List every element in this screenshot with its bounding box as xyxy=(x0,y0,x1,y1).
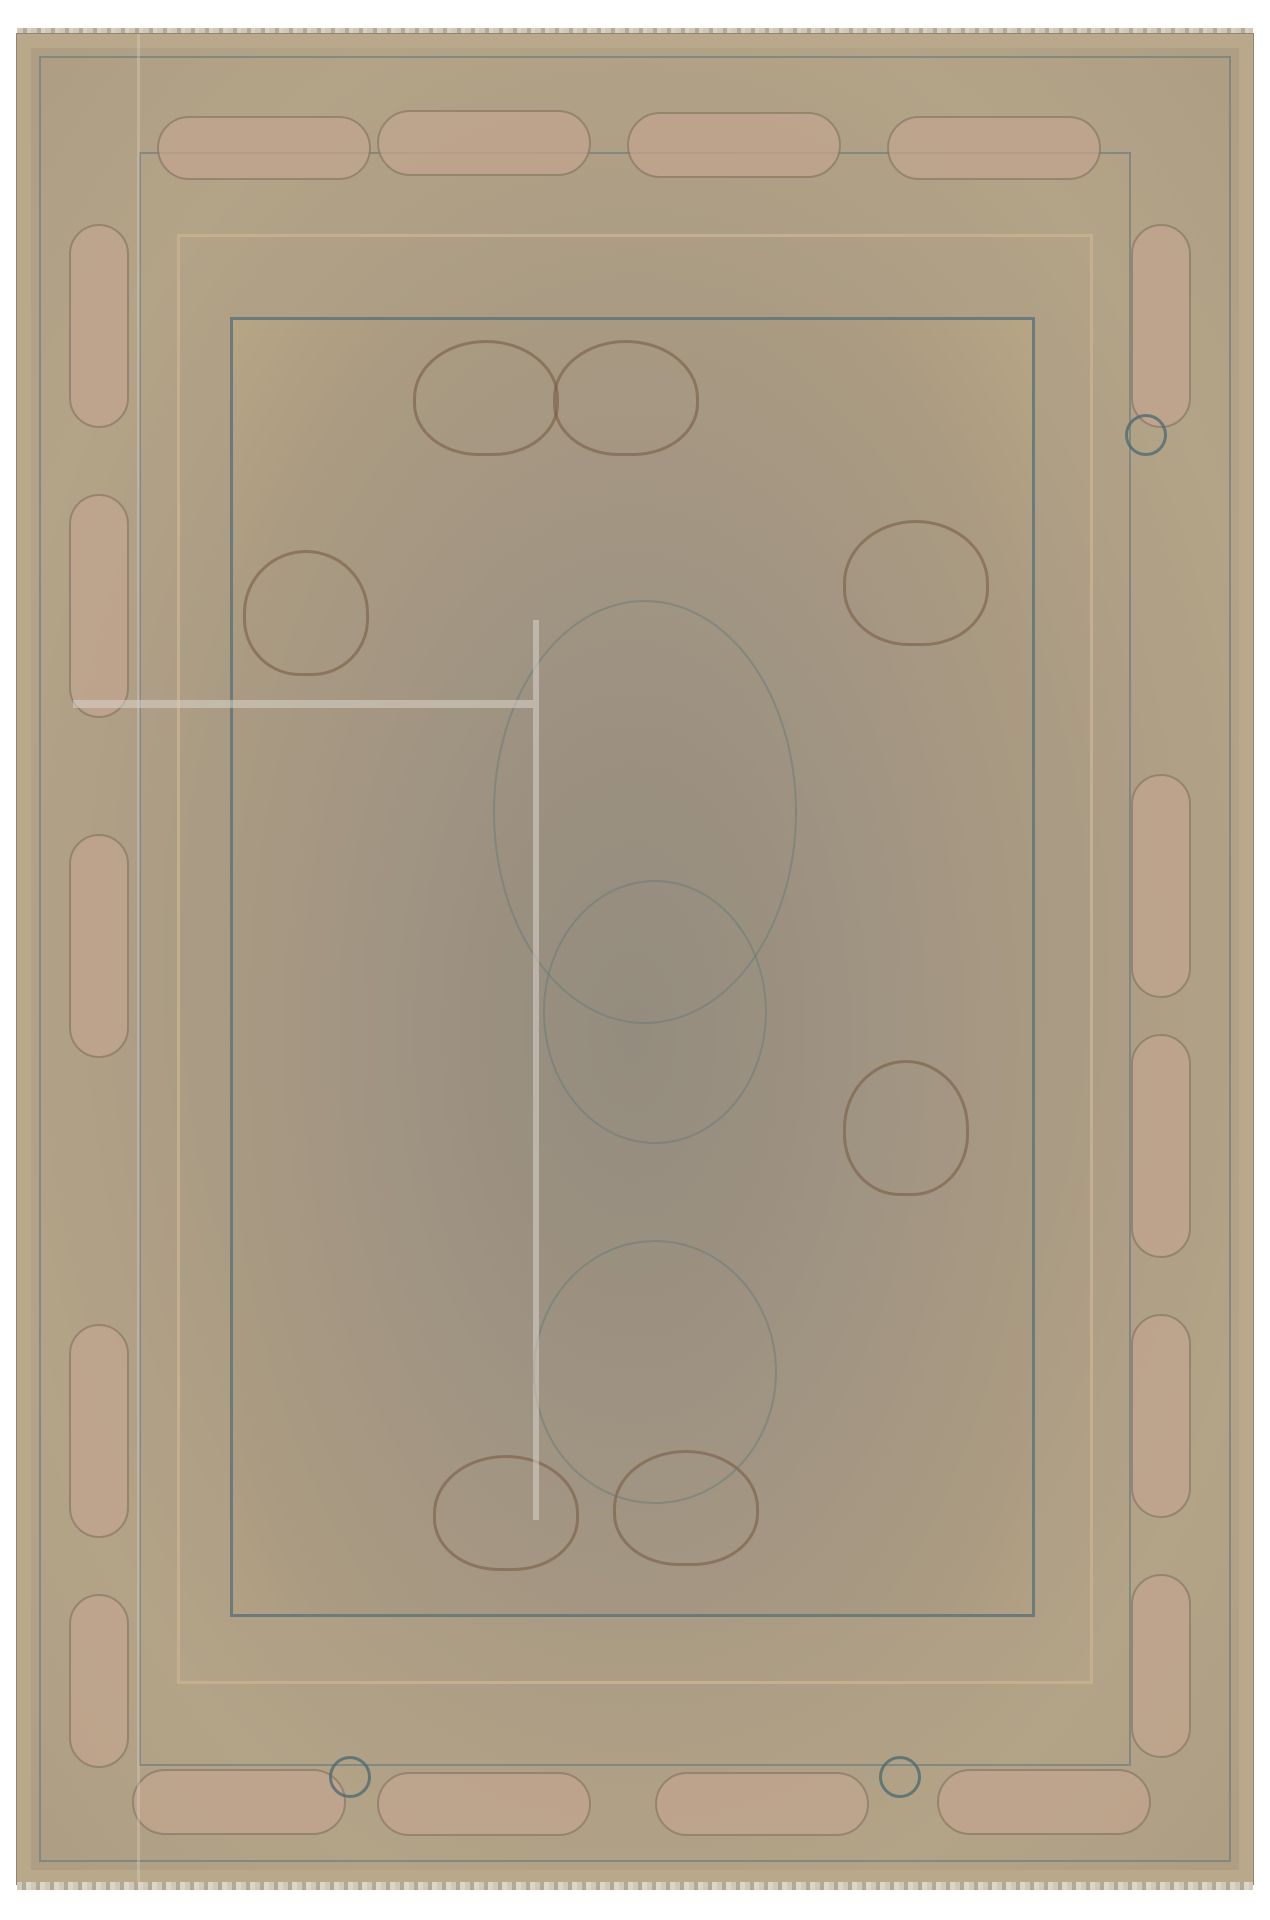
bottom-cartouche-3 xyxy=(655,1772,869,1836)
inner-medallion-outline xyxy=(543,880,767,1144)
right-cartouche-2 xyxy=(1131,774,1191,998)
top-cartouche-3 xyxy=(627,112,841,178)
right-cartouche-1 xyxy=(1131,224,1191,428)
left-cartouche-4 xyxy=(69,1324,129,1538)
border-rosette-1 xyxy=(329,1756,371,1798)
right-cartouche-3 xyxy=(1131,1034,1191,1258)
bottom-cartouche-1 xyxy=(132,1769,346,1835)
horizontal-fold-wear xyxy=(73,700,533,708)
left-cartouche-2 xyxy=(69,494,129,718)
right-cartouche-5 xyxy=(1131,1574,1191,1758)
lower-medallion-outline xyxy=(533,1240,777,1504)
top-cartouche-2 xyxy=(377,110,591,176)
bottom-fringe xyxy=(17,1882,1253,1890)
right-spandrel-lower xyxy=(843,1060,969,1196)
bottom-spandrel-left xyxy=(433,1455,579,1571)
center-fold-wear xyxy=(533,620,539,1520)
left-spandrel-upper xyxy=(243,550,369,676)
top-spandrel-right xyxy=(553,340,699,456)
left-cartouche-3 xyxy=(69,834,129,1058)
rug xyxy=(17,34,1253,1884)
left-fold-line xyxy=(137,34,140,1884)
bottom-cartouche-2 xyxy=(377,1772,591,1836)
right-spandrel-upper xyxy=(843,520,989,646)
left-cartouche-1 xyxy=(69,224,129,428)
bottom-cartouche-4 xyxy=(937,1769,1151,1835)
right-cartouche-4 xyxy=(1131,1314,1191,1518)
top-cartouche-4 xyxy=(887,116,1101,180)
border-rosette-3 xyxy=(1125,414,1167,456)
left-cartouche-5 xyxy=(69,1594,129,1768)
central-field xyxy=(230,317,1035,1617)
top-spandrel-left xyxy=(413,340,559,456)
border-rosette-2 xyxy=(879,1756,921,1798)
top-cartouche-1 xyxy=(157,116,371,180)
